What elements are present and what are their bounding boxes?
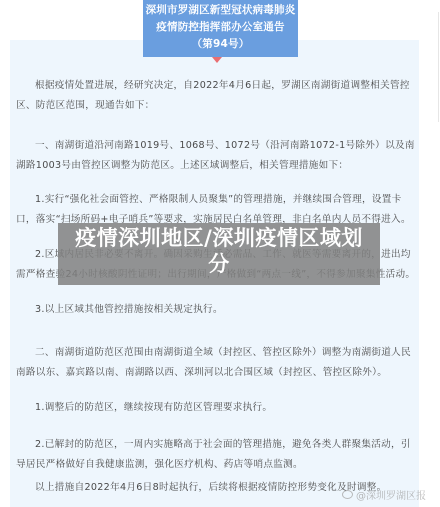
paragraph-measure-2-2: 2.已解封的防范区，一周内实施略高于社会面的管理措施，避免各类人群聚集活动，引导… xyxy=(16,435,416,475)
paragraph-measure-1-3: 3.以上区域其他管控措施按相关规定执行。 xyxy=(16,300,416,320)
title-line-3: （第94号） xyxy=(143,36,298,53)
down-arrow-icon xyxy=(212,57,222,63)
title-line-1: 深圳市罗湖区新型冠状病毒肺炎 xyxy=(143,2,298,19)
caption-line-2: 分 xyxy=(58,251,380,277)
divider xyxy=(438,12,439,122)
title-line-2: 疫情防控指挥部办公室通告 xyxy=(143,19,298,36)
paragraph-intro: 根据疫情处置进展，经研究决定，自2022年4月6日起，罗湖区南湖街道调整相关管控… xyxy=(16,76,416,116)
watermark-text: @深圳罗湖区报 xyxy=(356,487,426,502)
watermark: @深圳罗湖区报 xyxy=(342,487,426,502)
paragraph-section-2: 二、南湖街道防范区范围由南湖街道全域（封控区、管控区除外）调整为南湖街道人民南路… xyxy=(16,343,416,383)
caption-line-1: 疫情深圳地区/深圳疫情区域划 xyxy=(58,225,380,251)
caption-text: 疫情深圳地区/深圳疫情区域划 分 xyxy=(58,225,380,277)
notice-page: 深圳市罗湖区新型冠状病毒肺炎 疫情防控指挥部办公室通告 （第94号） 根据疫情处… xyxy=(0,0,440,507)
notice-title: 深圳市罗湖区新型冠状病毒肺炎 疫情防控指挥部办公室通告 （第94号） xyxy=(143,0,298,57)
caption-overlay: 疫情深圳地区/深圳疫情区域划 分 xyxy=(58,223,380,285)
paragraph-section-1: 一、南湖街道沿河南路1019号、1068号、1072号（沿河南路1072-1号除… xyxy=(16,136,416,176)
paragraph-measure-2-1: 1.调整后的防范区，继续按现有防范区管理要求执行。 xyxy=(16,398,416,418)
weibo-icon xyxy=(342,490,353,499)
